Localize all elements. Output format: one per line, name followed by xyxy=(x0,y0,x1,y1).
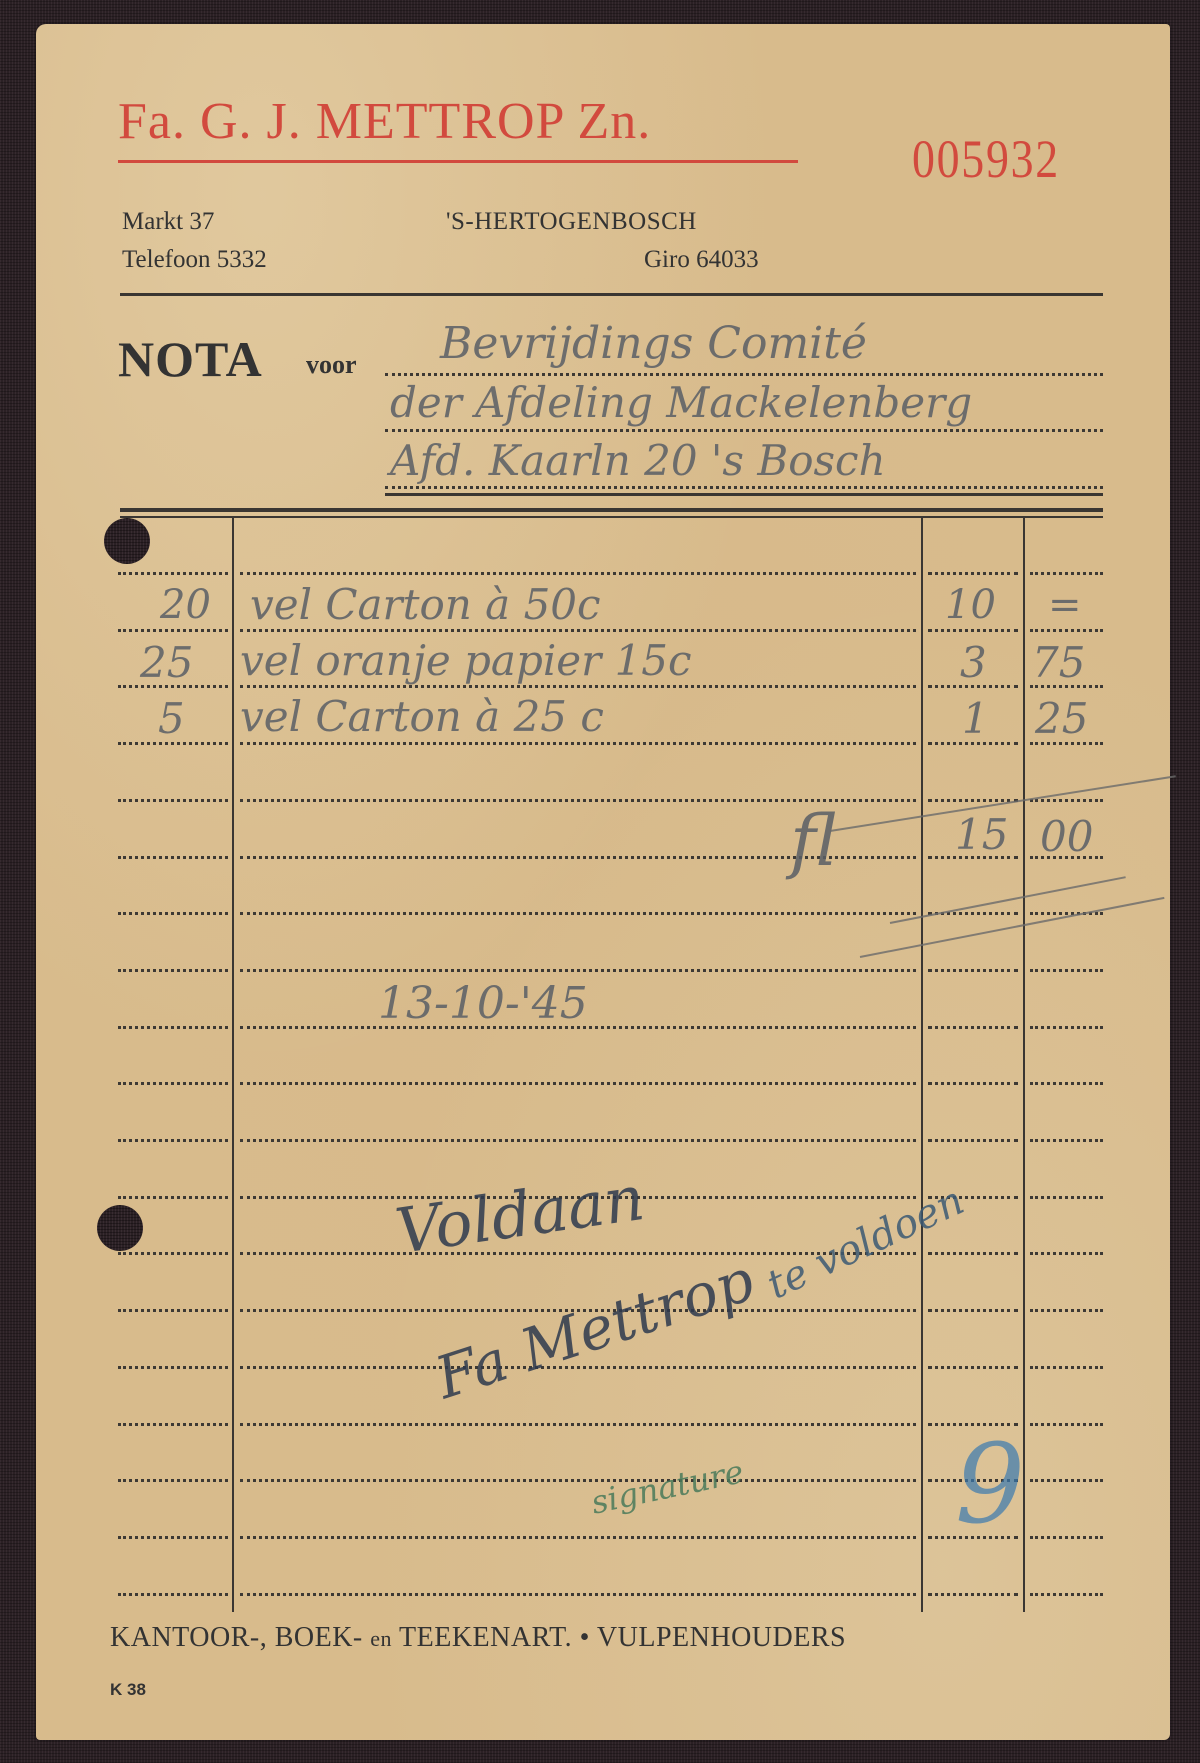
item-cents-2: 75 xyxy=(1032,638,1085,687)
form-code: K 38 xyxy=(110,1680,146,1700)
ledger-dotted-line xyxy=(118,799,228,802)
ledger-dotted-line xyxy=(928,1139,1018,1142)
item-qty-1: 20 xyxy=(160,582,211,628)
ledger-dotted-line xyxy=(1030,1026,1103,1029)
recipient-text-1: Bevrijdings Comité xyxy=(440,318,867,369)
phone: Telefoon 5332 xyxy=(122,246,267,274)
ledger-dotted-line xyxy=(118,1366,228,1369)
footer-part-2: en xyxy=(370,1626,392,1651)
item-desc-1: vel Carton à 50c xyxy=(250,580,601,629)
ledger-dotted-line xyxy=(118,1026,228,1029)
ledger-dotted-line xyxy=(118,572,228,575)
item-guilders-1: 10 xyxy=(945,582,996,628)
ledger-dotted-line xyxy=(240,742,916,745)
ledger-dotted-line xyxy=(928,1026,1018,1029)
ledger-dotted-line xyxy=(118,1536,228,1539)
ledger-dotted-line xyxy=(1030,629,1103,632)
total-currency: fl xyxy=(790,800,837,882)
ledger-dotted-line xyxy=(118,1139,228,1142)
ledger-dotted-line xyxy=(1030,1593,1103,1596)
footer-part-1: KANTOOR-, BOEK- xyxy=(110,1622,363,1653)
ledger-dotted-line xyxy=(118,1593,228,1596)
ledger-dotted-line xyxy=(1030,969,1103,972)
recipient-line-2 xyxy=(385,429,1103,432)
ledger-dotted-line xyxy=(1030,1139,1103,1142)
item-qty-3: 5 xyxy=(158,694,185,743)
ledger-dotted-line xyxy=(928,1252,1018,1255)
recipient-line-1 xyxy=(385,373,1103,376)
ledger-dotted-line xyxy=(118,1309,228,1312)
ledger-dotted-line xyxy=(1030,572,1103,575)
document-number: 005932 xyxy=(912,128,1060,190)
item-desc-2: vel oranje papier 15c xyxy=(240,636,692,685)
total-guilders: 15 xyxy=(955,810,1008,859)
ledger-dotted-line xyxy=(118,1479,228,1482)
ledger-dotted-line xyxy=(240,912,916,915)
ledger-dotted-line xyxy=(1030,1366,1103,1369)
recipient-text-3: Afd. Kaarln 20 's Bosch xyxy=(390,436,886,485)
ledger-dotted-line xyxy=(1030,1423,1103,1426)
item-qty-2: 25 xyxy=(140,638,193,687)
footer-tagline: KANTOOR-, BOEK- en TEEKENART. • VULPENHO… xyxy=(110,1622,846,1654)
ledger-dotted-line xyxy=(240,685,916,688)
ledger-dotted-line xyxy=(1030,1479,1103,1482)
ledger-dotted-line xyxy=(240,1082,916,1085)
blue-mark: 9 xyxy=(955,1420,1025,1548)
qty-column-divider xyxy=(232,518,234,1612)
ledger-dotted-line xyxy=(240,1593,916,1596)
item-cents-1: = xyxy=(1048,582,1082,628)
punch-hole-bottom xyxy=(97,1205,143,1251)
firm-underline xyxy=(118,160,798,163)
footer-part-3: TEEKENART. • VULPENHOUDERS xyxy=(399,1622,846,1653)
ledger-dotted-line xyxy=(928,572,1018,575)
invoice-date: 13-10-'45 xyxy=(378,978,588,1029)
recipient-text-2: der Afdeling Mackelenberg xyxy=(390,378,972,427)
ledger-dotted-line xyxy=(1030,1309,1103,1312)
ledger-dotted-line xyxy=(118,1082,228,1085)
address: Markt 37 xyxy=(122,208,214,236)
ledger-dotted-line xyxy=(1030,1252,1103,1255)
ledger-dotted-line xyxy=(1030,1196,1103,1199)
for-label: voor xyxy=(306,350,357,380)
ledger-dotted-line xyxy=(240,1139,916,1142)
header-rule xyxy=(120,293,1103,296)
ledger-dotted-line xyxy=(928,969,1018,972)
table-top-rule-thin xyxy=(120,516,1103,518)
ledger-dotted-line xyxy=(1030,1536,1103,1539)
ledger-dotted-line xyxy=(118,1196,228,1199)
ledger-dotted-line xyxy=(240,1423,916,1426)
ledger-dotted-line xyxy=(928,1082,1018,1085)
ledger-dotted-line xyxy=(1030,799,1103,802)
ledger-dotted-line xyxy=(118,1252,228,1255)
ledger-dotted-line xyxy=(118,969,228,972)
ledger-dotted-line xyxy=(240,572,916,575)
ledger-dotted-line xyxy=(240,1479,916,1482)
ledger-dotted-line xyxy=(118,912,228,915)
giro: Giro 64033 xyxy=(644,246,759,274)
guilders-column-divider xyxy=(921,518,923,1612)
ledger-dotted-line xyxy=(928,629,1018,632)
ledger-dotted-line xyxy=(118,1423,228,1426)
firm-name: Fa. G. J. METTROP Zn. xyxy=(118,92,651,151)
item-guilders-2: 3 xyxy=(960,638,987,687)
ledger-dotted-line xyxy=(118,856,228,859)
ledger-dotted-line xyxy=(240,969,916,972)
ledger-dotted-line xyxy=(1030,1082,1103,1085)
ledger-dotted-line xyxy=(240,1536,916,1539)
ledger-dotted-line xyxy=(240,629,916,632)
invoice-title: NOTA xyxy=(118,330,263,388)
total-cents: 00 xyxy=(1040,812,1093,861)
city: 'S-HERTOGENBOSCH xyxy=(446,208,697,236)
recipient-line-3 xyxy=(385,486,1103,489)
item-cents-3: 25 xyxy=(1035,694,1088,743)
recipient-underline xyxy=(385,493,1103,496)
item-guilders-3: 1 xyxy=(962,694,989,743)
ledger-dotted-line xyxy=(118,629,228,632)
table-top-rule-thick xyxy=(120,508,1103,512)
ledger-dotted-line xyxy=(928,1309,1018,1312)
ledger-dotted-line xyxy=(928,1593,1018,1596)
punch-hole-top xyxy=(104,518,150,564)
item-desc-3: vel Carton à 25 c xyxy=(240,692,604,741)
ledger-dotted-line xyxy=(928,1366,1018,1369)
